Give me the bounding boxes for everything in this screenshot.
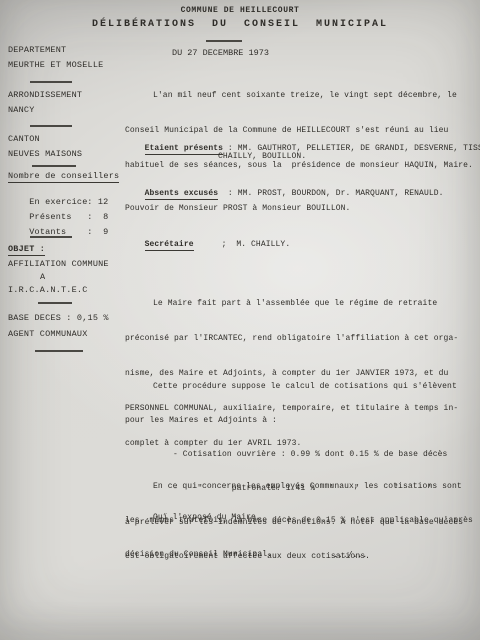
sidebar-arrondissement-label: ARRONDISSEMENT [8,90,82,100]
body-presents-line2: CHAILLY, BOUILLON. [218,152,306,161]
sidebar-objet-label: OBJET : [8,244,45,256]
paragraph-line: Le Maire fait part à l'assemblée que le … [125,295,458,312]
sidebar-objet-line: AFFILIATION COMMUNE [8,259,109,269]
secretaire-label: Secrétaire [145,240,194,251]
sidebar-objet-line: A [40,272,45,282]
counselor-value: 9 [103,227,108,237]
sidebar-divider-1 [30,81,72,83]
body-pouvoir: Pouvoir de Monsieur PROST à Monsieur BOU… [125,204,350,213]
sidebar-canton-label: CANTON [8,134,40,144]
sidebar-agent-communaux: AGENT COMMUNAUX [8,329,88,339]
sidebar-base-deces: BASE DECES : 0,15 % [8,313,109,323]
sidebar-divider-4 [30,236,72,238]
sidebar-counselors-title: Nombre de conseillers [8,171,119,183]
paragraph-line: pour les Maires et Adjoints à : [125,413,463,429]
sidebar-divider-6 [35,350,83,352]
paragraph-line: Cette procédure suppose le calcul de cot… [125,379,463,395]
sidebar-department-value: MEURTHE ET MOSELLE [8,60,103,70]
header-title: DÉLIBÉRATIONS DU CONSEIL MUNICIPAL [0,19,480,30]
document-page: COMMUNE DE HEILLECOURT DÉLIBÉRATIONS DU … [0,0,480,640]
sidebar-divider-5 [38,302,72,304]
absents-label: Absents excusés [145,189,219,200]
paragraph-line: décision du Conseil Municipal. [125,547,473,563]
presents-label: Etaient présents [145,144,223,155]
sidebar-arrondissement-value: NANCY [8,105,35,115]
sidebar-canton-value: NEUVES MAISONS [8,149,82,159]
counselor-sep: : [87,227,92,237]
sidebar-counselors-row: Votants: 9 [8,217,108,247]
sidebar-objet-line: I.R.C.A.N.T.E.C [8,285,88,295]
header-divider [206,40,242,42]
sidebar-divider-2 [30,125,72,127]
paragraph-line: En ce qui concerne les employés Communau… [125,479,473,495]
sidebar-divider-3 [32,165,76,167]
body-paragraph-opening: L'an mil neuf cent soixante treize, le v… [125,69,473,192]
paragraph-line: L'an mil neuf cent soixante treize, le v… [125,87,473,104]
secretaire-name: ; M. CHAILLY. [222,240,291,249]
body-secretaire: Secrétaire; M. CHAILLY. [125,231,290,258]
header-commune: COMMUNE DE HEILLECOURT [0,6,480,15]
absents-names: : MM. PROST, BOURDON, Dr. MARQUANT, RENA… [218,189,443,198]
continuation-mark: .../... [333,551,367,560]
header-date: DU 27 DECEMBRE 1973 [172,48,269,58]
body-oui-line: Ouï l'exposé du Maire, [125,513,261,522]
sidebar-department-label: DEPARTEMENT [8,45,66,55]
body-absents: Absents excusés : MM. PROST, BOURDON, Dr… [125,180,444,207]
paragraph-line: préconisé par l'IRCANTEC, rend obligatoi… [125,330,458,347]
